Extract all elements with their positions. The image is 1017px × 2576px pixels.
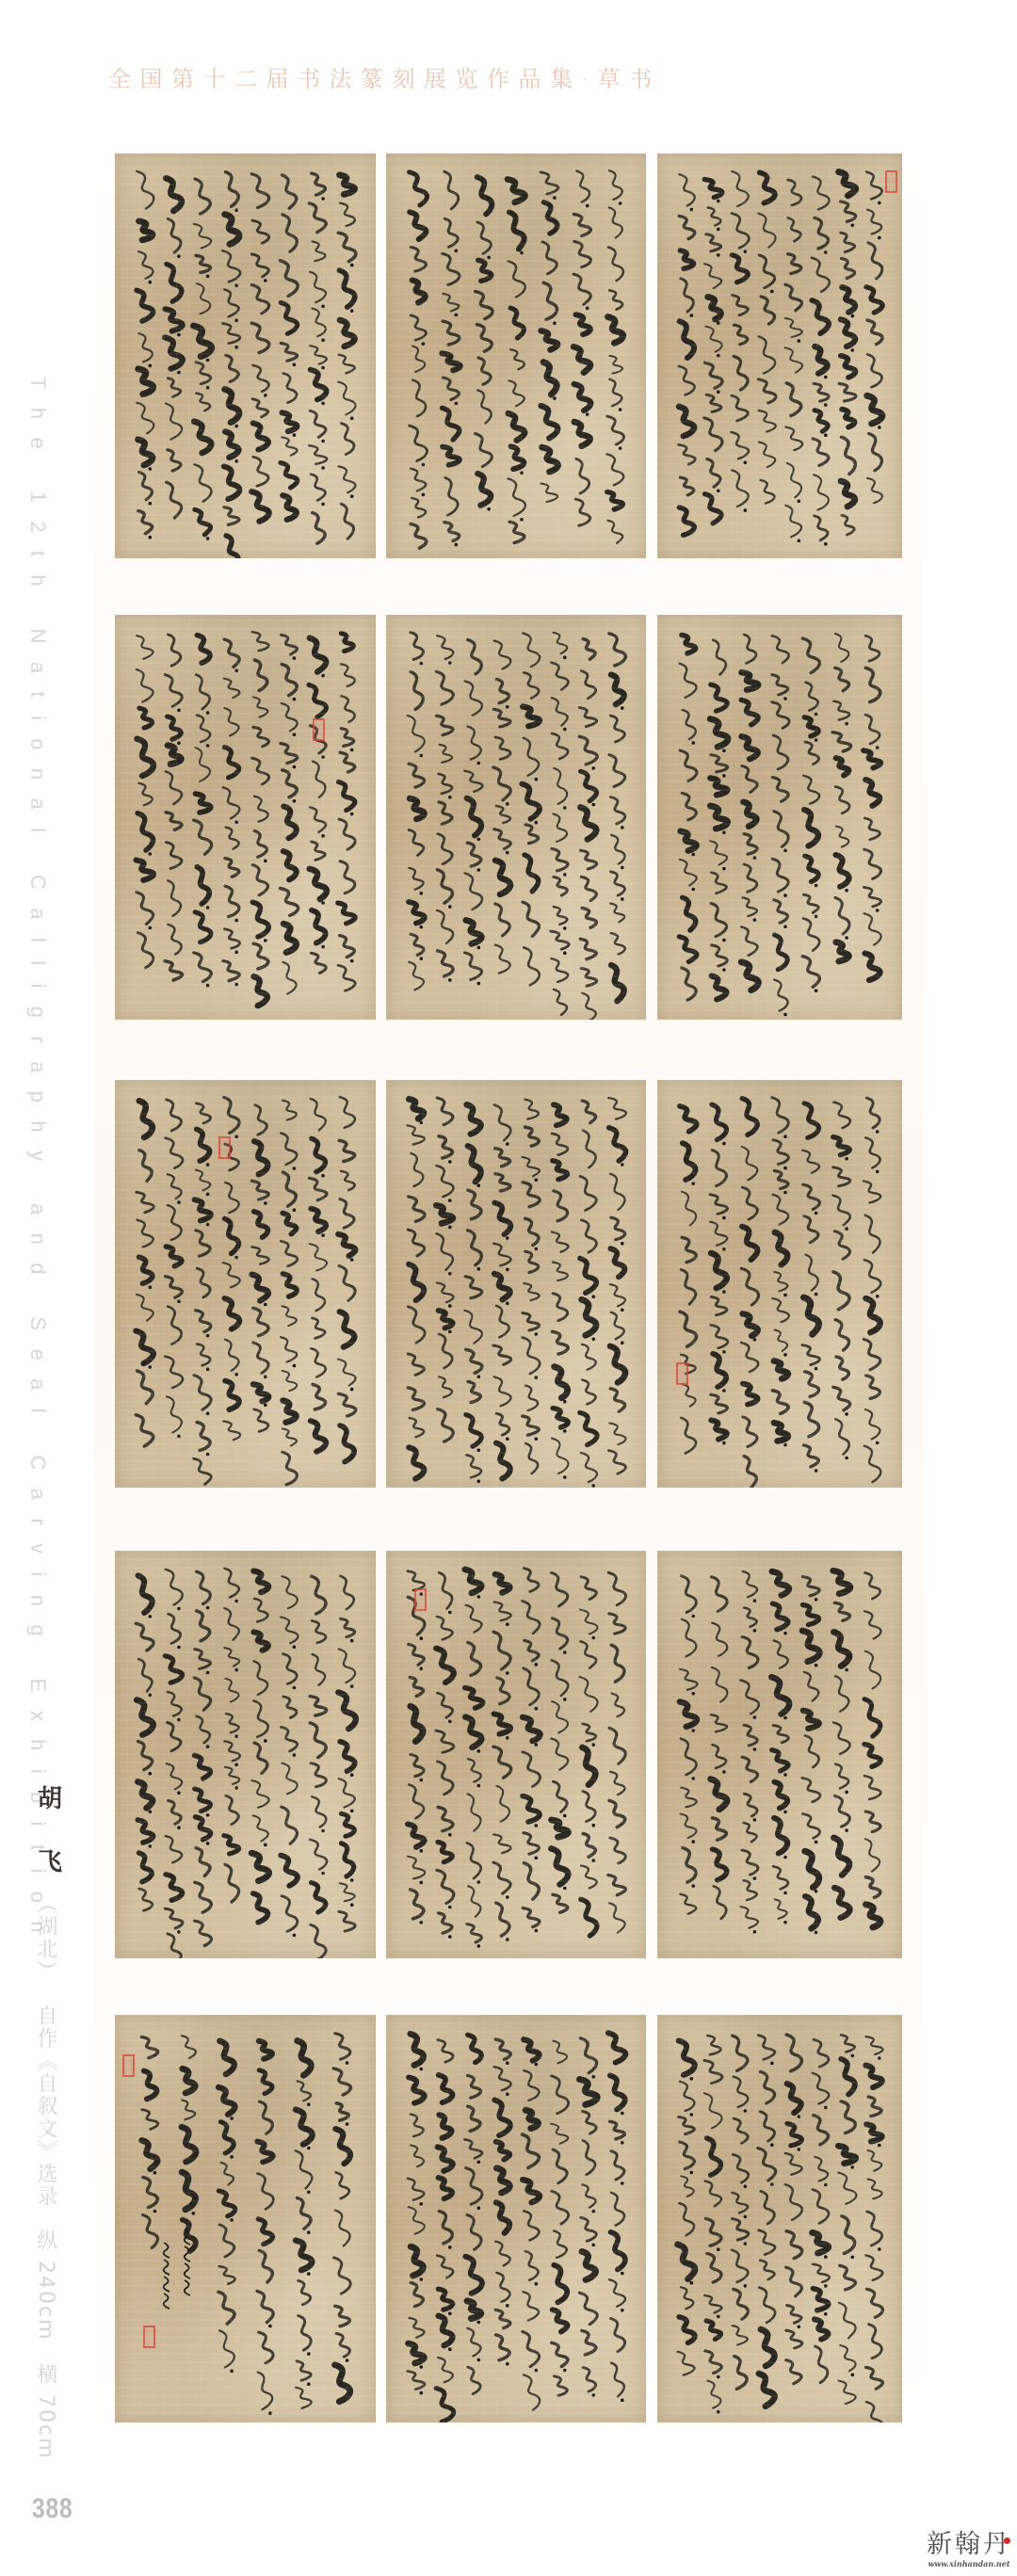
logo-red-dot-icon (1004, 2537, 1010, 2544)
calligraphy-leaf-r4p3 (657, 1551, 902, 1958)
cursive-script-strokes (115, 1080, 376, 1488)
cursive-script-strokes (115, 153, 376, 558)
red-seal-stamp-icon (885, 170, 897, 193)
red-seal-stamp-icon (218, 1136, 231, 1159)
cursive-script-strokes (657, 1551, 902, 1958)
work-title: 自作《自叙文》选录 (34, 2004, 57, 2208)
red-seal-stamp-icon (143, 2326, 155, 2348)
cursive-script-strokes (115, 1551, 376, 1958)
calligraphy-leaf-r2p1 (115, 615, 376, 1020)
dimension-width: 横 70cm (34, 2363, 57, 2460)
calligraphy-leaf-r1p2 (386, 153, 646, 558)
red-seal-stamp-icon (122, 2054, 135, 2077)
calligraphy-leaf-r5p2 (386, 2015, 646, 2423)
watermark-logo: 新翰丹 www.xinhandan.net (921, 2531, 1017, 2568)
calligraphy-leaf-r5p1 (115, 2015, 376, 2423)
artist-name: 胡 飞 (31, 1779, 69, 1877)
logo-url: www.xinhandan.net (921, 2559, 1017, 2568)
cursive-script-strokes (115, 2015, 376, 2423)
calligraphy-leaf-r4p1 (115, 1551, 376, 1958)
logo-text: 新翰丹 (927, 2530, 1011, 2559)
calligraphy-leaf-r4p2 (386, 1551, 646, 1958)
artist-province: （湖北） (34, 1892, 57, 1983)
dimension-height: 纵 240cm (34, 2230, 57, 2342)
cursive-script-strokes (386, 1551, 646, 1958)
side-title-english: The 12th National Calligraphy and Seal C… (25, 377, 50, 1951)
red-seal-stamp-icon (414, 1588, 427, 1611)
calligraphy-leaf-r1p3 (657, 153, 902, 558)
calligraphy-leaf-r5p3 (657, 2015, 902, 2423)
cursive-script-strokes (115, 615, 376, 1020)
page-number: 388 (32, 2493, 73, 2525)
red-seal-stamp-icon (676, 1362, 688, 1385)
cursive-script-strokes (657, 1080, 902, 1488)
artist-name-char-2: 飞 (31, 1843, 69, 1877)
artwork-caption: （湖北） 自作《自叙文》选录 纵 240cm 横 70cm (31, 1892, 60, 2472)
page-header-title: 全国第十二届书法篆刻展览作品集·草书 (108, 60, 661, 93)
calligraphy-leaf-r3p3 (657, 1080, 902, 1488)
cursive-script-strokes (657, 153, 902, 558)
calligraphy-leaf-r3p1 (115, 1080, 376, 1488)
logo-text-wrap: 新翰丹 (921, 2531, 1017, 2559)
cursive-script-strokes (386, 615, 646, 1020)
calligraphy-leaf-r2p3 (657, 615, 902, 1020)
calligraphy-leaf-r1p1 (115, 153, 376, 558)
cursive-script-strokes (657, 615, 902, 1020)
calligraphy-leaf-r2p2 (386, 615, 646, 1020)
cursive-script-strokes (386, 153, 646, 558)
calligraphy-leaf-r3p2 (386, 1080, 646, 1488)
red-seal-stamp-icon (313, 718, 325, 741)
cursive-script-strokes (386, 2015, 646, 2423)
cursive-script-strokes (657, 2015, 902, 2423)
cursive-script-strokes (386, 1080, 646, 1488)
artist-name-char-1: 胡 (31, 1779, 69, 1814)
